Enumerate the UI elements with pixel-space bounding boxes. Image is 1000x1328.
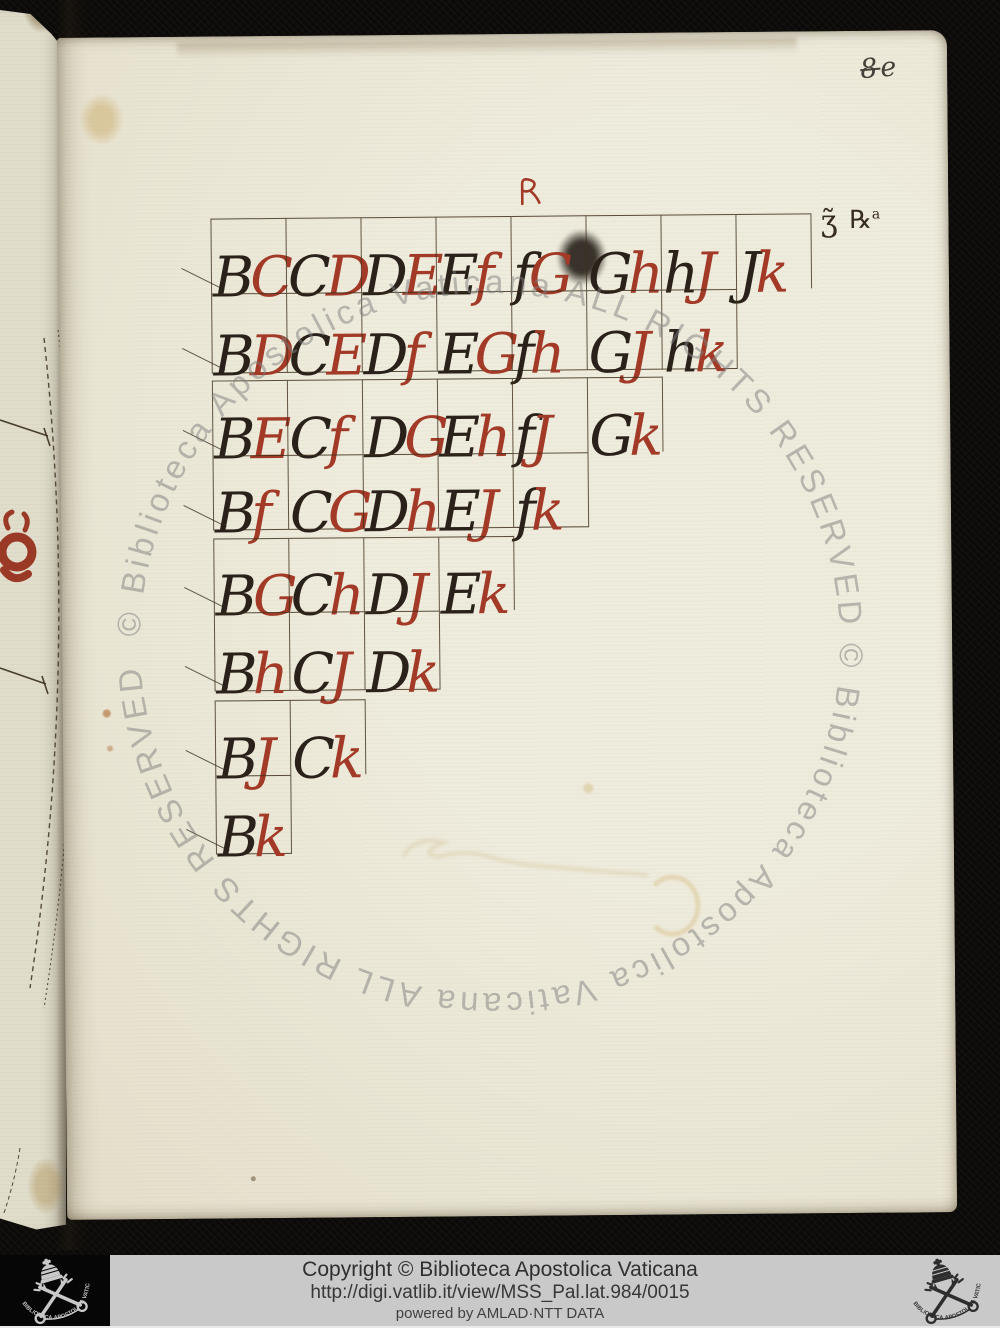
letter-pair: hk [663,325,724,382]
letter-pair: fh [513,327,560,383]
letter-pair: EJ [440,484,494,540]
facing-page-edge [0,8,66,1232]
letter-pair: Bh [216,647,284,704]
letter-pair-cell: Ef [435,216,511,292]
letter-pair: Ek [440,567,505,624]
letter-pair-cell: Bf [213,455,289,531]
letter-pair: Gk [589,409,658,466]
letter-pair: fk [515,484,560,540]
letter-pair: Jk [738,246,785,302]
vatican-library-emblem-dark: BIBLIOTECA APOSTOLICA VATICANA [895,1246,996,1328]
black-ink-letter: C [291,642,329,707]
letter-pair-cell: fG [510,215,586,291]
svg-text:BIBLIOTECA APOSTOLICA VATICANA: BIBLIOTECA APOSTOLICA VATICANA [896,1246,990,1328]
letter-pair-cell: Dh [363,454,439,530]
footer-powered-by: powered by AMLAD·NTT DATA [0,1304,1000,1323]
red-ink-letter: k [530,479,560,544]
letter-pair-cell: Cf [287,379,363,455]
letter-pair: Df [363,328,419,384]
table-row: BJCk [215,699,367,775]
black-ink-letter: B [215,481,252,546]
footer-right-logo-block: BIBLIOTECA APOSTOLICA VATICANA [894,1255,998,1326]
letter-pair-cell: EG [436,291,512,372]
letter-pair: CE [288,328,362,385]
black-ink-letter: f [515,479,531,544]
letter-pair-cell: DG [362,379,438,455]
black-ink-letter: C [290,481,328,546]
letter-pair-cell: DJ [363,537,439,612]
letter-pair: Dh [365,485,436,542]
letter-pair: GJ [588,326,646,382]
footer-copyright: Copyright © Biblioteca Apostolica Vatica… [0,1258,1000,1282]
letter-pair: Bk [218,810,284,867]
letter-pair-cell: BG [213,538,289,613]
table-row: Bk [215,775,292,855]
table-row: BECfDGEhfJGk [212,377,664,456]
letter-pair: Bf [215,486,267,542]
letter-pair-cell: hk [661,289,738,370]
letter-pair-cell: Bk [215,775,292,855]
letter-pair-cell: Df [361,292,437,373]
letter-pair-cell: fk [512,452,589,528]
footer-text: Copyright © Biblioteca Apostolica Vatica… [0,1258,1000,1323]
black-ink-letter: D [366,641,406,706]
letter-pair-cell: BD [211,293,287,374]
table-row: BhCJDk [214,611,441,692]
letter-pair: CG [290,485,368,542]
black-ink-letter: G [589,404,629,469]
letter-pair: BD [213,329,290,386]
footer-bar: BIBLIOTECA APOSTOLICA VATICANA Copyright… [0,1255,1000,1328]
letter-pair: CJ [291,646,347,702]
letter-pair-cell: Jk [735,213,812,289]
facing-page-diagram-arcs [0,8,66,1232]
facing-page-red-letter [2,512,32,578]
letter-pair-table: BCCDDEEffGGhhJJkBDCEDfEGfhGJhkBECfDGEhfJ… [57,30,957,1220]
table-row: BfCGDhEJfk [213,452,590,530]
red-ink-letter: f [251,481,267,546]
table-row: BCCDDEEffGGhhJJk [210,213,812,293]
letter-pair-cell: Ch [288,537,364,612]
letter-pair-cell: Ck [290,699,367,775]
black-ink-letter: D [365,480,405,545]
letter-pair-cell: CD [285,217,361,293]
red-ink-letter: k [476,562,506,627]
letter-pair-cell: Ek [438,536,515,611]
table-row: BGChDJEk [213,536,515,613]
red-ink-letter: h [252,642,284,707]
red-ink-letter: k [406,641,436,706]
red-ink-letter: k [694,320,724,385]
stain [28,1158,64,1214]
letter-pair-cell: Dk [364,611,441,691]
letter-pair-cell: hJ [660,214,736,290]
letter-pair: EG [438,327,514,384]
letter-pair-cell: fh [511,290,587,371]
red-ink-letter: h [405,480,437,545]
letter-pair-cell: CE [286,292,362,373]
letter-pair-cell: BJ [215,700,291,776]
black-ink-letter: E [440,479,476,544]
letter-pair: Ck [292,731,359,788]
black-ink-letter: C [292,727,330,792]
black-ink-letter: J [738,241,756,306]
black-ink-letter: h [663,320,695,385]
red-ink-letter: J [329,641,347,706]
black-ink-letter: B [216,642,253,707]
red-ink-letter: k [330,726,360,791]
footer-url: http://digi.vatlib.it/view/MSS_Pal.lat.9… [0,1282,1000,1304]
red-ink-letter: k [755,241,785,306]
letter-pair-cell: CG [288,454,364,530]
letter-pair-cell: BE [212,380,288,456]
black-ink-letter: E [440,562,476,627]
letter-pair-cell: Bh [214,612,290,692]
manuscript-page: 8e ʒ̃ ℞a BCCDDEEffGGhhJJkBDCEDfEGfhGJhkB… [57,30,957,1220]
letter-pair-cell: EJ [438,453,514,529]
table-row: BDCEDfEGfhGJhk [211,289,738,374]
red-ink-letter: k [254,805,284,870]
letter-pair-cell: Eh [437,378,513,454]
letter-pair-cell: BC [210,218,286,294]
letter-pair-cell: GJ [586,290,662,371]
red-ink-letter: J [476,479,494,544]
letter-pair: Dk [366,646,435,703]
letter-pair-cell: fJ [512,377,588,453]
letter-pair-cell: CJ [289,611,365,691]
letter-pair-cell: DE [360,217,436,293]
black-ink-letter: B [218,805,255,870]
letter-pair-cell: Gh [585,215,661,291]
letter-pair-cell: Gk [587,377,664,453]
red-ink-letter: k [629,404,659,469]
